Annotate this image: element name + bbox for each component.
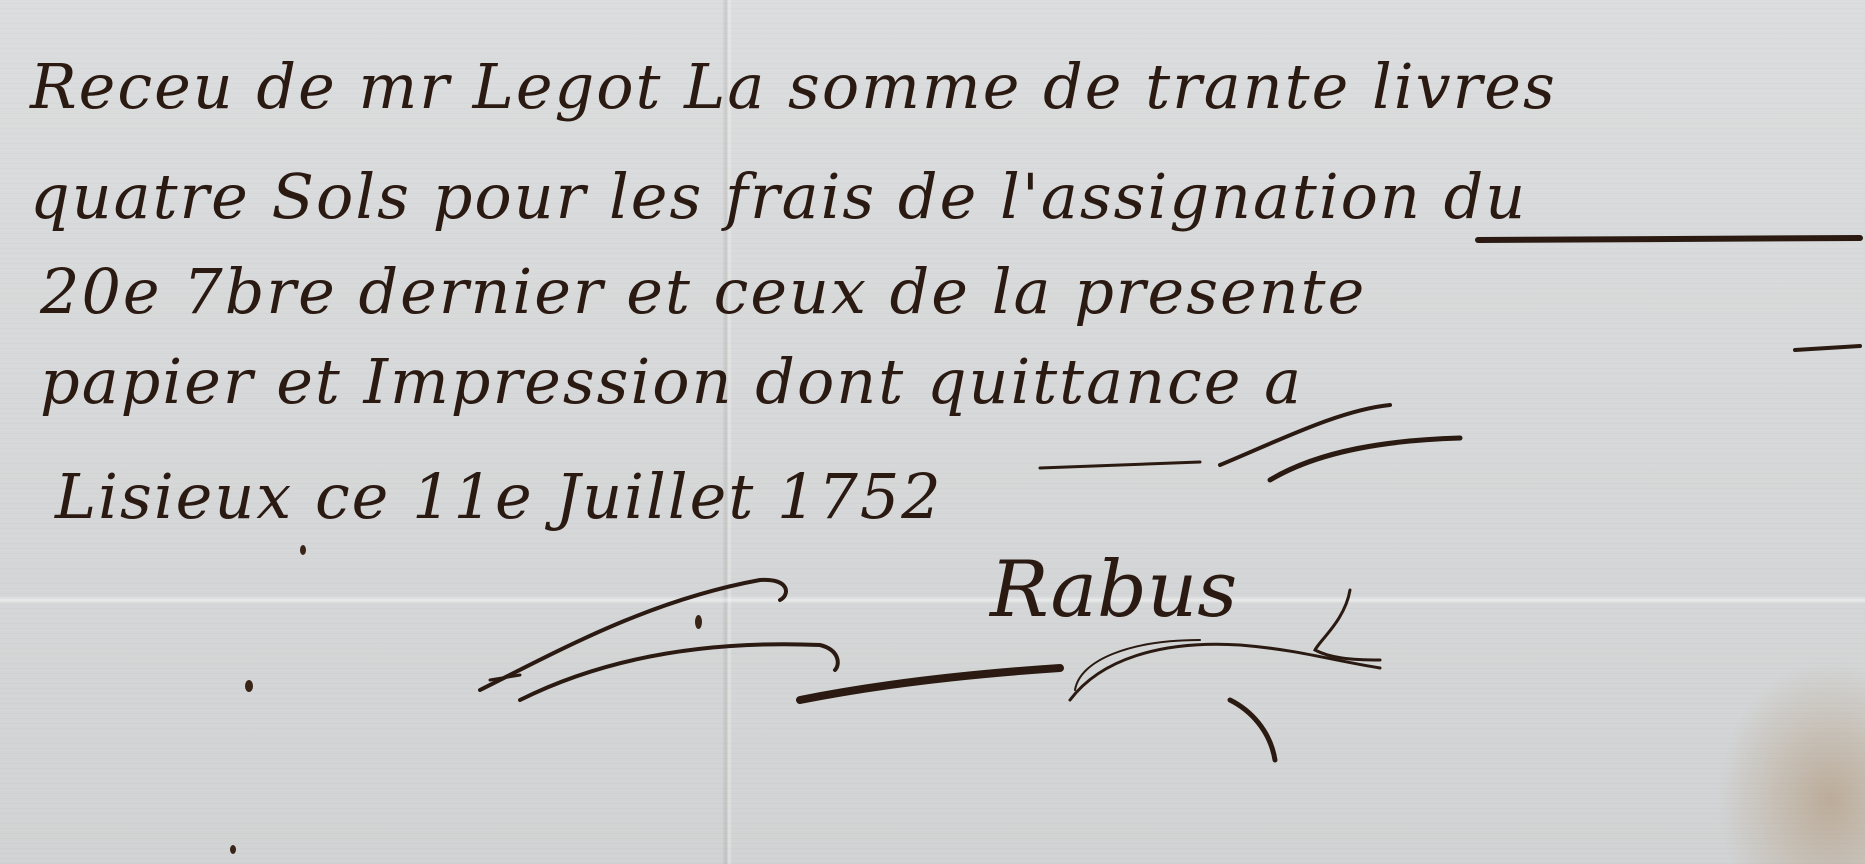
ink-spot xyxy=(695,615,702,629)
ink-spot xyxy=(230,845,236,854)
ink-spot xyxy=(245,680,253,692)
ink-spot xyxy=(300,545,306,555)
pen-flourishes xyxy=(0,0,1865,864)
